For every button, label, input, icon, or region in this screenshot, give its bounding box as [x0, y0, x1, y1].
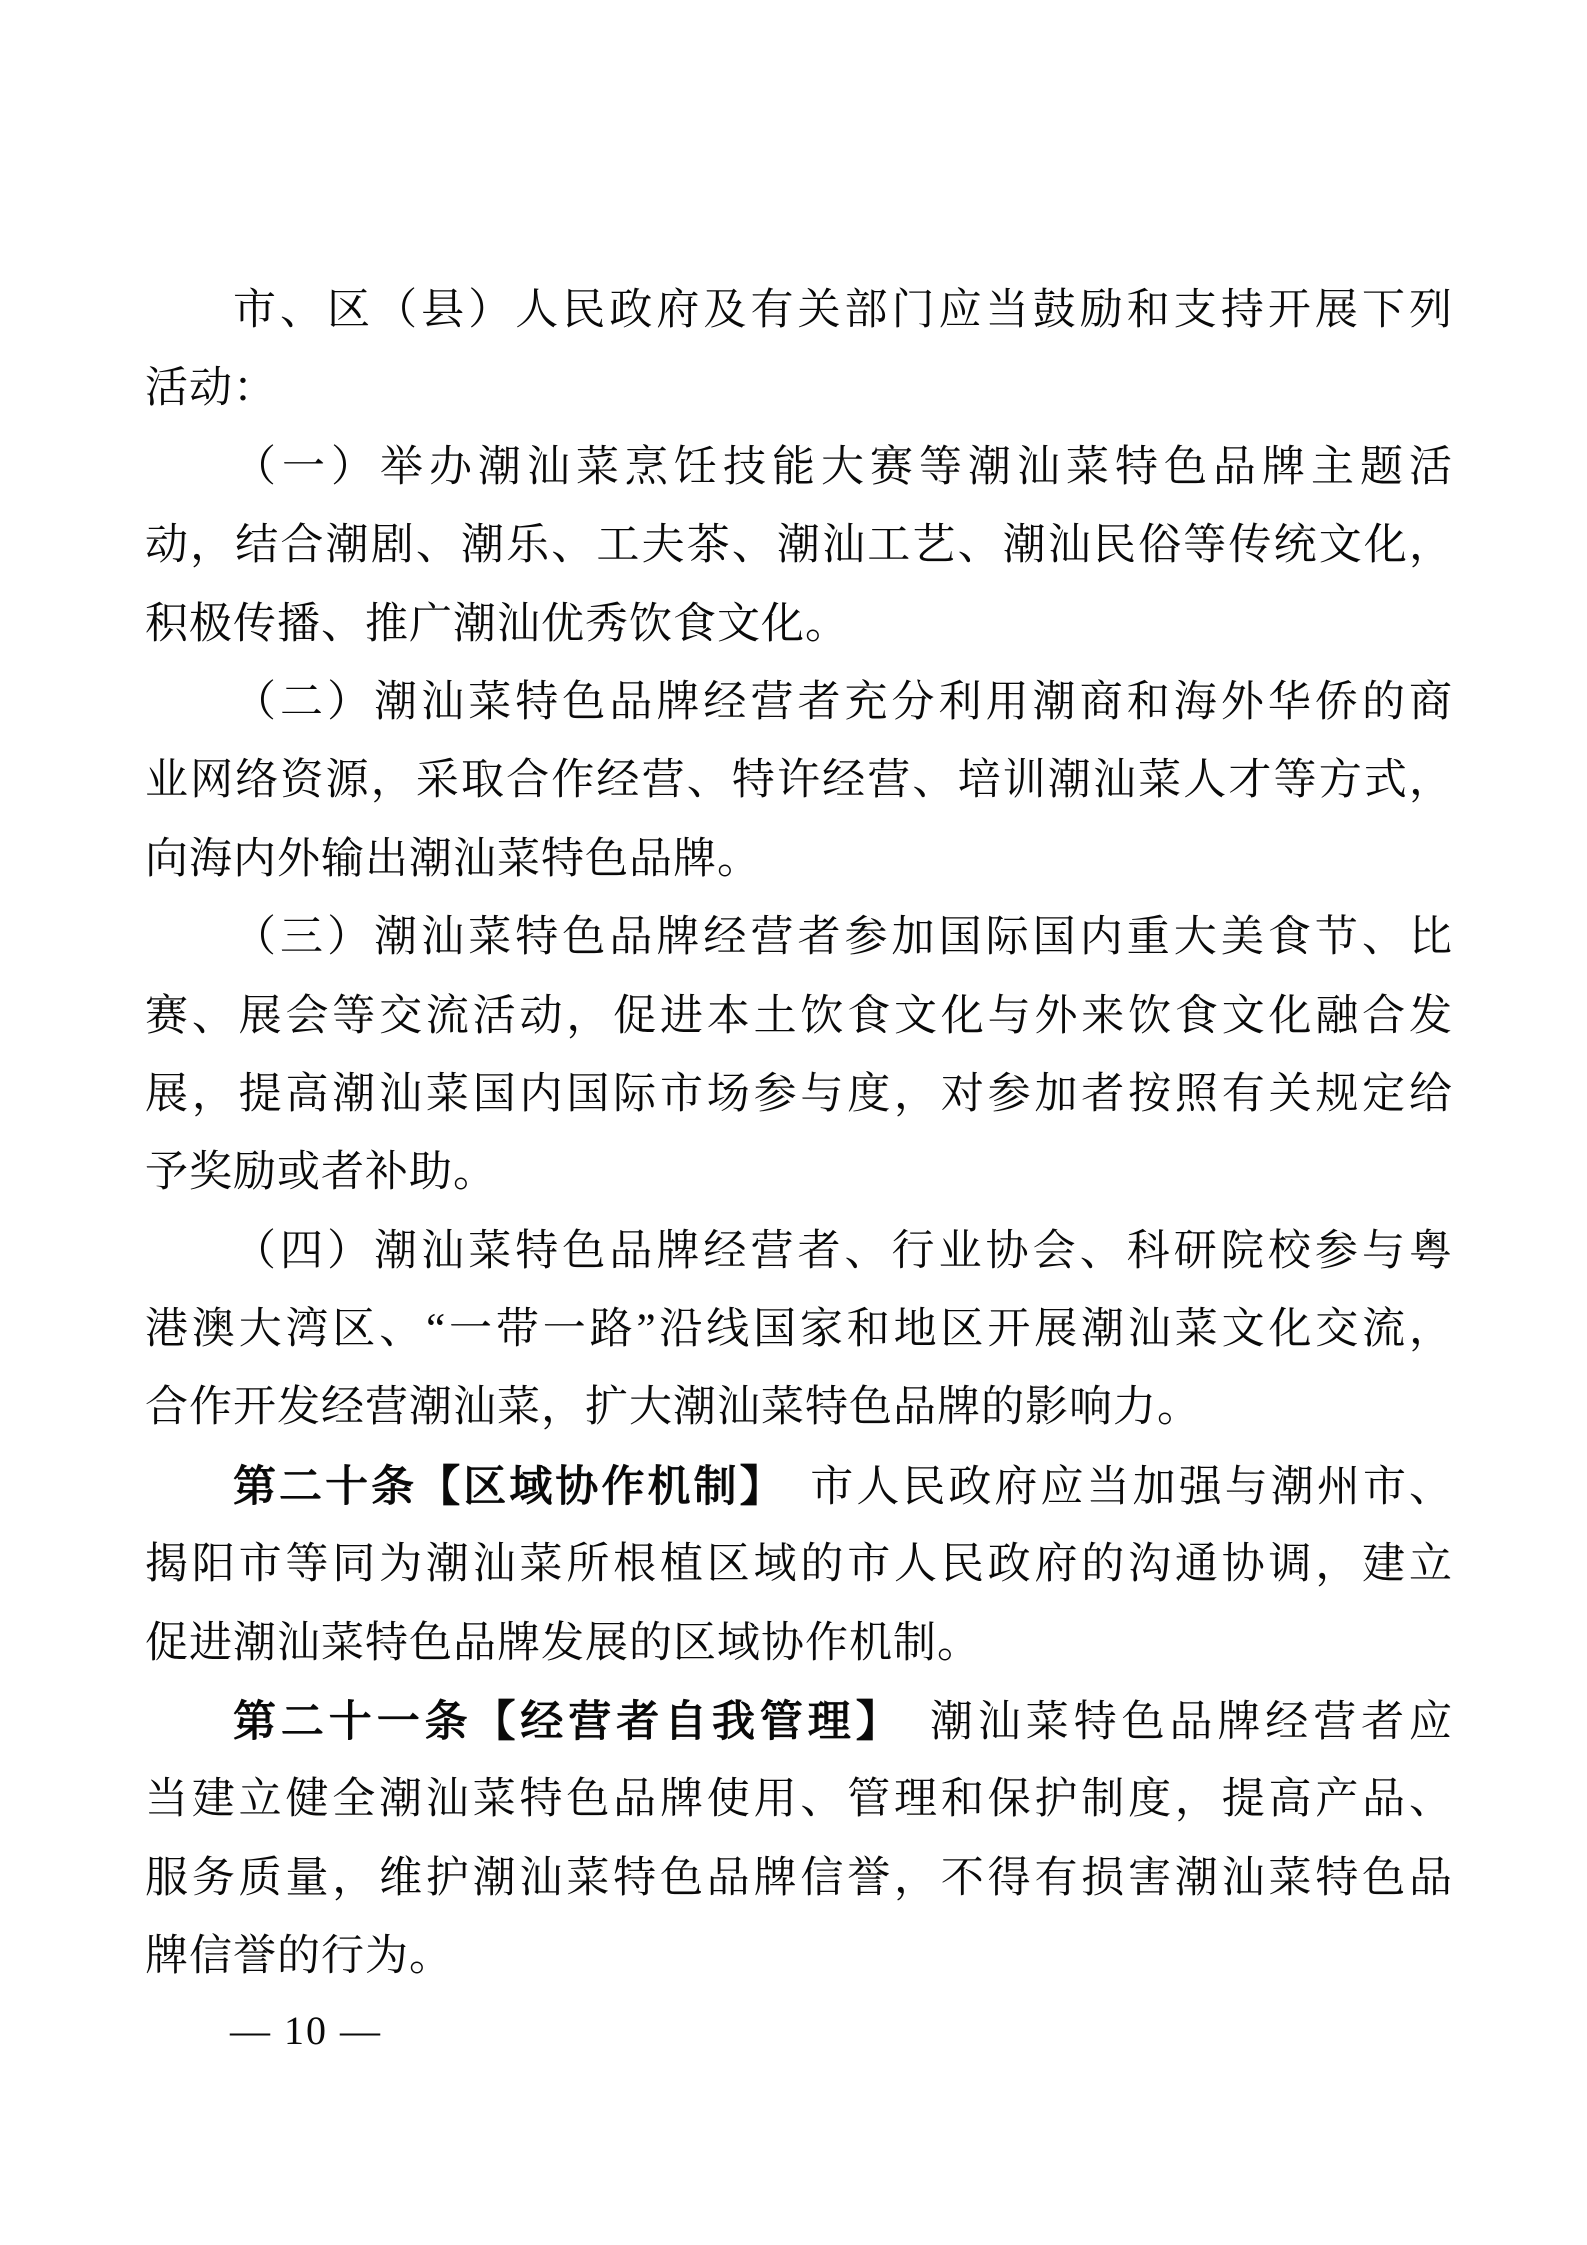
text-line-13: （四）潮汕菜特色品牌经营者、行业协会、科研院校参与粤: [145, 1213, 1453, 1291]
document-body: 市、区（县）人民政府及有关部门应当鼓励和支持开展下列活动：（一）举办潮汕菜烹饪技…: [145, 272, 1453, 1997]
body-text: 当建立健全潮汕菜特色品牌使用、管理和保护制度，提高产品、: [145, 1776, 1453, 1823]
text-line-15: 合作开发经营潮汕菜，扩大潮汕菜特色品牌的影响力。: [145, 1369, 1453, 1447]
text-line-3: （一）举办潮汕菜烹饪技能大赛等潮汕菜特色品牌主题活: [145, 429, 1453, 507]
text-line-6: （二）潮汕菜特色品牌经营者充分利用潮商和海外华侨的商: [145, 664, 1453, 742]
body-text: 业网络资源，采取合作经营、特许经营、培训潮汕菜人才等方式，: [145, 757, 1453, 804]
text-line-17: 揭阳市等同为潮汕菜所根植区域的市人民政府的沟通协调，建立: [145, 1526, 1453, 1604]
body-text: 向海内外输出潮汕菜特色品牌。: [145, 836, 761, 883]
text-line-2: 活动：: [145, 350, 1453, 428]
text-line-1: 市、区（县）人民政府及有关部门应当鼓励和支持开展下列: [145, 272, 1453, 350]
body-text: 市人民政府应当加强与潮州市、: [764, 1464, 1453, 1511]
body-text: （四）潮汕菜特色品牌经营者、行业协会、科研院校参与粤: [233, 1228, 1453, 1275]
document-page: 市、区（县）人民政府及有关部门应当鼓励和支持开展下列活动：（一）举办潮汕菜烹饪技…: [0, 0, 1587, 2245]
text-line-4: 动，结合潮剧、潮乐、工夫茶、潮汕工艺、潮汕民俗等传统文化，: [145, 507, 1453, 585]
text-line-19: 第二十一条【经营者自我管理】 潮汕菜特色品牌经营者应: [145, 1683, 1453, 1761]
text-line-21: 服务质量，维护潮汕菜特色品牌信誉，不得有损害潮汕菜特色品: [145, 1840, 1453, 1918]
article-heading: 第二十一条【经营者自我管理】: [233, 1698, 882, 1746]
page-number-footer: — 10 —: [230, 2002, 382, 2060]
body-text: 展，提高潮汕菜国内国际市场参与度，对参加者按照有关规定给: [145, 1071, 1453, 1118]
body-text: 港澳大湾区、“一带一路”沿线国家和地区开展潮汕菜文化交流，: [145, 1306, 1453, 1353]
text-line-8: 向海内外输出潮汕菜特色品牌。: [145, 821, 1453, 899]
body-text: 积极传播、推广潮汕优秀饮食文化。: [145, 601, 849, 648]
body-text: 活动：: [145, 365, 277, 412]
text-line-10: 赛、展会等交流活动，促进本土饮食文化与外来饮食文化融合发: [145, 978, 1453, 1056]
text-line-9: （三）潮汕菜特色品牌经营者参加国际国内重大美食节、比: [145, 899, 1453, 977]
body-text: 牌信誉的行为。: [145, 1933, 453, 1980]
text-line-18: 促进潮汕菜特色品牌发展的区域协作机制。: [145, 1605, 1453, 1683]
text-line-20: 当建立健全潮汕菜特色品牌使用、管理和保护制度，提高产品、: [145, 1761, 1453, 1839]
body-text: 市、区（县）人民政府及有关部门应当鼓励和支持开展下列: [233, 287, 1453, 334]
text-line-14: 港澳大湾区、“一带一路”沿线国家和地区开展潮汕菜文化交流，: [145, 1291, 1453, 1369]
body-text: （二）潮汕菜特色品牌经营者充分利用潮商和海外华侨的商: [233, 679, 1453, 726]
body-text: 予奖励或者补助。: [145, 1149, 497, 1196]
body-text: （一）举办潮汕菜烹饪技能大赛等潮汕菜特色品牌主题活: [233, 444, 1453, 491]
body-text: （三）潮汕菜特色品牌经营者参加国际国内重大美食节、比: [233, 914, 1453, 961]
text-line-7: 业网络资源，采取合作经营、特许经营、培训潮汕菜人才等方式，: [145, 742, 1453, 820]
text-line-12: 予奖励或者补助。: [145, 1134, 1453, 1212]
body-text: 动，结合潮剧、潮乐、工夫茶、潮汕工艺、潮汕民俗等传统文化，: [145, 522, 1453, 569]
body-text: 服务质量，维护潮汕菜特色品牌信誉，不得有损害潮汕菜特色品: [145, 1855, 1453, 1902]
body-text: 促进潮汕菜特色品牌发展的区域协作机制。: [145, 1620, 981, 1667]
text-line-22: 牌信誉的行为。: [145, 1918, 1453, 1996]
body-text: 潮汕菜特色品牌经营者应: [882, 1699, 1453, 1746]
text-line-5: 积极传播、推广潮汕优秀饮食文化。: [145, 586, 1453, 664]
body-text: 赛、展会等交流活动，促进本土饮食文化与外来饮食文化融合发: [145, 993, 1453, 1040]
body-text: 揭阳市等同为潮汕菜所根植区域的市人民政府的沟通协调，建立: [145, 1541, 1453, 1588]
article-heading: 第二十条【区域协作机制】: [233, 1463, 764, 1511]
text-line-11: 展，提高潮汕菜国内国际市场参与度，对参加者按照有关规定给: [145, 1056, 1453, 1134]
body-text: 合作开发经营潮汕菜，扩大潮汕菜特色品牌的影响力。: [145, 1384, 1201, 1431]
text-line-16: 第二十条【区域协作机制】 市人民政府应当加强与潮州市、: [145, 1448, 1453, 1526]
